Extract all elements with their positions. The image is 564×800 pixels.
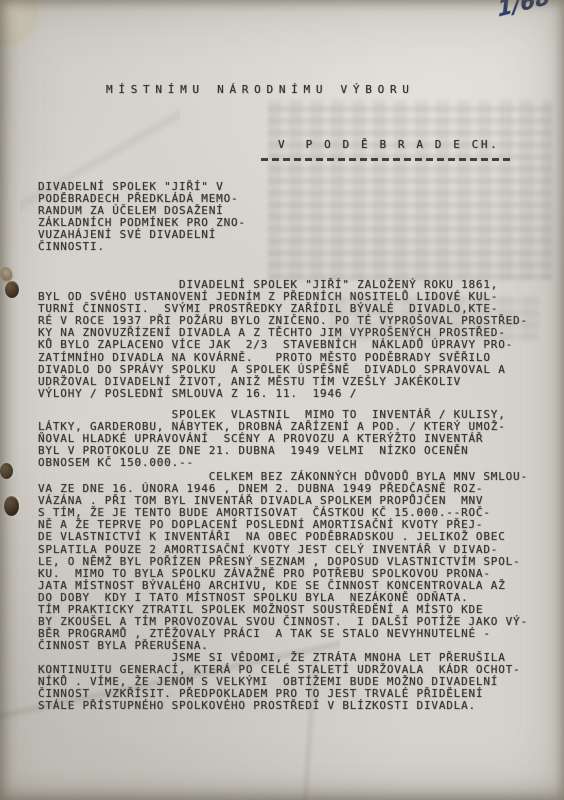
punch-hole (0, 463, 13, 479)
paragraph-conclusion: JSME SI VĚDOMI, ŽE ZTRÁTA MNOHA LET PŘER… (38, 652, 520, 712)
recipient-title: M Í S T N Í M U N Á R O D N Í M U V Ý B … (106, 84, 408, 96)
punch-hole-chad (0, 266, 14, 282)
handwritten-page-number: 1/68 (497, 0, 551, 23)
paragraph-contract-termination: CELKEM BEZ ZÁKONNÝCH DŮVODŮ BYLA MNV SML… (38, 471, 528, 652)
paragraph-inventory: SPOLEK VLASTNIL MIMO TO INVENTÁŘ / KULIS… (38, 409, 506, 469)
punch-hole (5, 281, 19, 298)
paragraph-history: DIVADELNÍ SPOLEK "JIŘÍ" ZALOŽENÝ ROKU 18… (38, 279, 528, 400)
recipient-city: V P O D Ě B R A D E CH. (278, 139, 499, 151)
bleedthrough-text-ghost (268, 100, 552, 280)
typewritten-memorandum-page: 1/68 M Í S T N Í M U N Á R O D N Í M U V… (0, 0, 564, 800)
torn-corner-chip (0, 0, 40, 48)
typed-dashed-underline (261, 158, 513, 161)
punch-hole (4, 496, 19, 516)
memo-purpose-note: DIVADELNÍ SPOLEK "JIŘÍ" V PODĚBRADECH PŘ… (38, 181, 246, 254)
